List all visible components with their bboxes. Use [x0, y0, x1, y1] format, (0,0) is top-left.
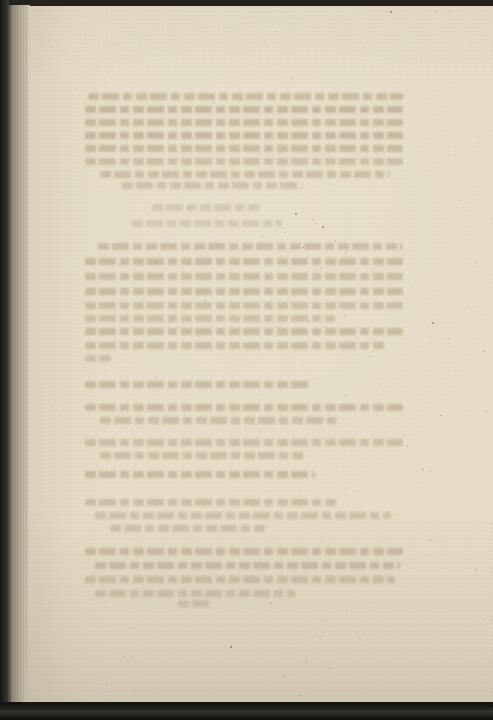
paper-noise-dot	[183, 500, 184, 501]
paper-noise-dot	[307, 253, 308, 254]
paper-noise-dot	[248, 529, 249, 530]
ink-speck	[155, 262, 156, 263]
paper-noise-dot	[448, 155, 449, 156]
paper-noise-dot	[486, 411, 488, 413]
paper-noise-dot	[322, 541, 323, 542]
paper-noise-dot	[188, 421, 189, 422]
paper-noise-dot	[479, 136, 480, 137]
paper-noise-dot	[228, 240, 229, 241]
paper-noise-dot	[270, 316, 271, 317]
paper-noise-dot	[471, 410, 472, 411]
paper-noise-dot	[214, 310, 215, 311]
paper-noise-dot	[359, 638, 361, 640]
paper-noise-dot	[114, 373, 115, 374]
book-photo	[0, 0, 493, 720]
ink-speck	[312, 219, 313, 220]
paper-noise-dot	[249, 62, 250, 63]
paper-noise-dot	[165, 672, 166, 673]
paper-noise-dot	[329, 312, 330, 313]
ink-speck	[130, 628, 131, 629]
paper-noise-dot	[260, 431, 261, 432]
paper-noise-dot	[290, 682, 291, 683]
paper-noise-dot	[431, 555, 432, 556]
paper-noise-dot	[346, 612, 347, 613]
ink-speck	[262, 236, 263, 237]
paper-noise-dot	[104, 607, 105, 608]
paper-noise-dot	[373, 49, 374, 50]
paper-noise-dot	[415, 281, 416, 282]
ghost-text-line	[110, 525, 266, 532]
paper-noise-dot	[293, 568, 294, 569]
paper-noise-dot	[38, 518, 39, 519]
paper-noise-dot	[256, 567, 257, 568]
ghost-text-line	[85, 471, 315, 478]
paper-noise-dot	[41, 498, 42, 499]
paper-noise-dot	[416, 481, 417, 482]
paper-noise-dot	[276, 31, 277, 32]
ink-speck	[448, 338, 449, 339]
paper-noise-dot	[336, 558, 337, 559]
paper-noise-dot	[157, 492, 158, 493]
paper-noise-dot	[409, 101, 411, 103]
paper-noise-dot	[313, 629, 314, 630]
paper-noise-dot	[416, 47, 417, 48]
paper-noise-dot	[427, 261, 428, 262]
paper-noise-dot	[59, 414, 60, 415]
ghost-text-line	[85, 328, 403, 335]
ink-speck	[300, 490, 301, 491]
ghost-text-line	[85, 404, 403, 411]
ink-speck	[460, 200, 461, 201]
paper-noise-dot	[257, 418, 258, 419]
paper-noise-dot	[55, 401, 56, 402]
paper-noise-dot	[213, 102, 215, 104]
paper-noise-dot	[210, 614, 211, 615]
ink-speck	[285, 232, 286, 233]
paper-noise-dot	[146, 455, 147, 456]
paper-noise-dot	[205, 152, 206, 153]
paper-noise-dot	[141, 235, 142, 236]
ghost-text-line	[85, 355, 111, 362]
paper-noise-dot	[97, 69, 98, 70]
paper-noise-dot	[230, 357, 231, 358]
paper-noise-dot	[344, 487, 346, 489]
paper-noise-dot	[460, 203, 461, 204]
paper-noise-dot	[161, 436, 163, 438]
paper-noise-dot	[80, 442, 81, 443]
paper-noise-dot	[219, 579, 220, 580]
ghost-text-line	[95, 562, 400, 569]
ink-speck	[90, 445, 91, 446]
paper-noise-dot	[156, 54, 157, 55]
paper-noise-dot	[319, 636, 321, 638]
paper-noise-dot	[442, 321, 443, 322]
paper-noise-dot	[464, 308, 466, 310]
paper-noise-dot	[177, 98, 178, 99]
paper-noise-dot	[167, 201, 168, 202]
paper-noise-dot	[308, 320, 310, 322]
paper-noise-dot	[305, 661, 307, 663]
paper-noise-dot	[169, 81, 170, 82]
ghost-text-line	[95, 590, 295, 597]
paper-noise-dot	[61, 192, 62, 193]
ink-speck	[335, 240, 336, 241]
paper-noise-dot	[374, 223, 375, 224]
paper-noise-dot	[127, 660, 129, 662]
ghost-text-line	[85, 381, 311, 388]
ghost-text-line	[85, 439, 403, 446]
paper-noise-dot	[333, 184, 334, 185]
ghost-text-line	[85, 158, 403, 165]
paper-noise-dot	[316, 607, 317, 608]
paper-noise-dot	[107, 73, 109, 75]
paper-noise-dot	[128, 540, 129, 541]
ghost-text-line	[100, 171, 390, 178]
paper-noise-dot	[348, 642, 349, 643]
paper-noise-dot	[265, 476, 266, 477]
paper-noise-dot	[175, 445, 176, 446]
ghost-text-line	[98, 243, 403, 250]
paper-noise-dot	[268, 338, 269, 339]
ink-speck	[320, 268, 321, 269]
paper-noise-dot	[449, 12, 450, 13]
paper-noise-dot	[119, 593, 121, 595]
paper-noise-dot	[43, 71, 44, 72]
paper-noise-dot	[283, 675, 285, 677]
ghost-text-line	[85, 119, 403, 126]
ghost-text-line	[132, 220, 282, 227]
paper-noise-dot	[475, 569, 477, 571]
ghost-text-line	[85, 576, 395, 583]
paper-noise-dot	[429, 336, 430, 337]
paper-noise-dot	[114, 112, 115, 113]
paper-noise-dot	[264, 40, 265, 41]
paper-noise-dot	[49, 246, 50, 247]
paper-noise-dot	[470, 615, 471, 616]
ghost-text-line	[85, 342, 385, 349]
paper-noise-dot	[373, 460, 374, 461]
paper-noise-dot	[487, 623, 488, 624]
paper-noise-dot	[184, 591, 185, 592]
paper-noise-dot	[364, 47, 365, 48]
paper-noise-dot	[169, 321, 171, 323]
paper-noise-dot	[270, 602, 272, 604]
paper-noise-dot	[102, 659, 103, 660]
paper-noise-dot	[264, 195, 265, 196]
paper-noise-dot	[330, 34, 331, 35]
paper-noise-dot	[60, 523, 61, 524]
paper-noise-dot	[376, 389, 377, 390]
paper-noise-dot	[255, 185, 256, 186]
ghost-text-line	[178, 600, 210, 607]
ghost-text-line	[88, 93, 403, 100]
paper-noise-dot	[454, 370, 455, 371]
paper-noise-dot	[303, 596, 304, 597]
paper-noise-dot	[216, 243, 218, 245]
paper-noise-dot	[342, 301, 343, 302]
paper-noise-dot	[291, 640, 292, 641]
paper-noise-dot	[51, 47, 52, 48]
paper-noise-dot	[78, 95, 79, 96]
ink-speck	[432, 322, 434, 324]
ink-speck	[112, 330, 113, 331]
paper-noise-dot	[361, 367, 362, 368]
paper-noise-dot	[96, 695, 97, 696]
ink-speck	[155, 377, 156, 378]
paper-noise-dot	[266, 437, 267, 438]
ink-speck	[102, 585, 103, 586]
paper-noise-dot	[60, 266, 61, 267]
ghost-text-line	[95, 512, 391, 519]
paper-noise-dot	[183, 589, 184, 590]
paper-noise-dot	[386, 12, 387, 13]
ghost-text-line	[122, 182, 302, 189]
paper-noise-dot	[483, 350, 485, 352]
ghost-text-line	[85, 499, 337, 506]
paper-noise-dot	[127, 367, 128, 368]
paper-noise-dot	[427, 325, 428, 326]
ghost-text-line	[85, 288, 403, 295]
backdrop-bottom-band	[0, 702, 493, 720]
paper-noise-dot	[221, 556, 222, 557]
ink-speck	[345, 395, 346, 396]
ink-speck	[440, 415, 441, 416]
ghost-text-line	[100, 452, 306, 459]
paper-noise-dot	[347, 431, 348, 432]
paper-noise-dot	[406, 445, 408, 447]
ink-speck	[430, 540, 431, 541]
ghost-text-line	[85, 145, 403, 152]
ink-speck	[436, 10, 437, 11]
paper-noise-dot	[258, 612, 259, 613]
paper-noise-dot	[118, 265, 119, 266]
paper-noise-dot	[445, 536, 446, 537]
paper-noise-dot	[256, 480, 257, 481]
ink-speck	[303, 247, 304, 248]
paper-noise-dot	[188, 207, 190, 209]
ink-speck	[230, 646, 232, 648]
paper-noise-dot	[109, 461, 110, 462]
paper-noise-dot	[335, 426, 336, 427]
paper-noise-dot	[371, 601, 372, 602]
paper-noise-dot	[161, 190, 162, 191]
ink-speck	[475, 262, 476, 263]
paper-noise-dot	[38, 637, 39, 638]
paper-noise-dot	[345, 252, 347, 254]
paper-noise-dot	[357, 492, 358, 493]
ghost-text-line	[85, 302, 403, 309]
paper-noise-dot	[135, 694, 136, 695]
paper-noise-dot	[392, 633, 393, 634]
paper-noise-dot	[222, 245, 223, 246]
paper-noise-dot	[109, 129, 110, 130]
ink-speck	[370, 356, 371, 357]
ghost-text-line	[85, 132, 403, 139]
paper-noise-dot	[321, 620, 322, 621]
paper-noise-dot	[164, 213, 165, 214]
paper-noise-dot	[328, 558, 329, 559]
paper-noise-dot	[402, 155, 403, 156]
paper-noise-dot	[167, 315, 168, 316]
paper-noise-dot	[322, 228, 323, 229]
paper-noise-dot	[297, 154, 298, 155]
ghost-text-line	[152, 204, 262, 211]
paper-noise-dot	[488, 130, 489, 131]
ghost-text-line	[85, 106, 403, 113]
paper-noise-dot	[422, 468, 424, 470]
paper-noise-dot	[291, 77, 293, 79]
ink-speck	[430, 470, 431, 471]
ink-speck	[330, 667, 331, 668]
paper-noise-dot	[106, 684, 108, 686]
ink-speck	[345, 315, 346, 316]
paper-noise-dot	[292, 387, 293, 388]
ink-speck	[295, 213, 297, 215]
paper-noise-dot	[317, 269, 318, 270]
ghost-text-line	[85, 273, 403, 280]
ink-speck	[390, 11, 392, 13]
ghost-text-layer	[0, 0, 493, 720]
ink-speck	[205, 300, 206, 301]
paper-noise-dot	[444, 332, 445, 333]
paper-noise-dot	[85, 23, 86, 24]
ink-speck	[300, 695, 301, 696]
paper-noise-dot	[339, 164, 340, 165]
paper-noise-dot	[265, 141, 267, 143]
ghost-text-line	[85, 548, 403, 555]
paper-noise-dot	[271, 576, 272, 577]
paper-noise-dot	[100, 199, 101, 200]
ink-speck	[240, 99, 241, 100]
paper-noise-dot	[396, 550, 397, 551]
ghost-text-line	[100, 417, 340, 424]
ghost-text-line	[85, 258, 403, 265]
paper-noise-dot	[274, 133, 275, 134]
ghost-text-line	[85, 315, 335, 322]
paper-noise-dot	[118, 45, 119, 46]
